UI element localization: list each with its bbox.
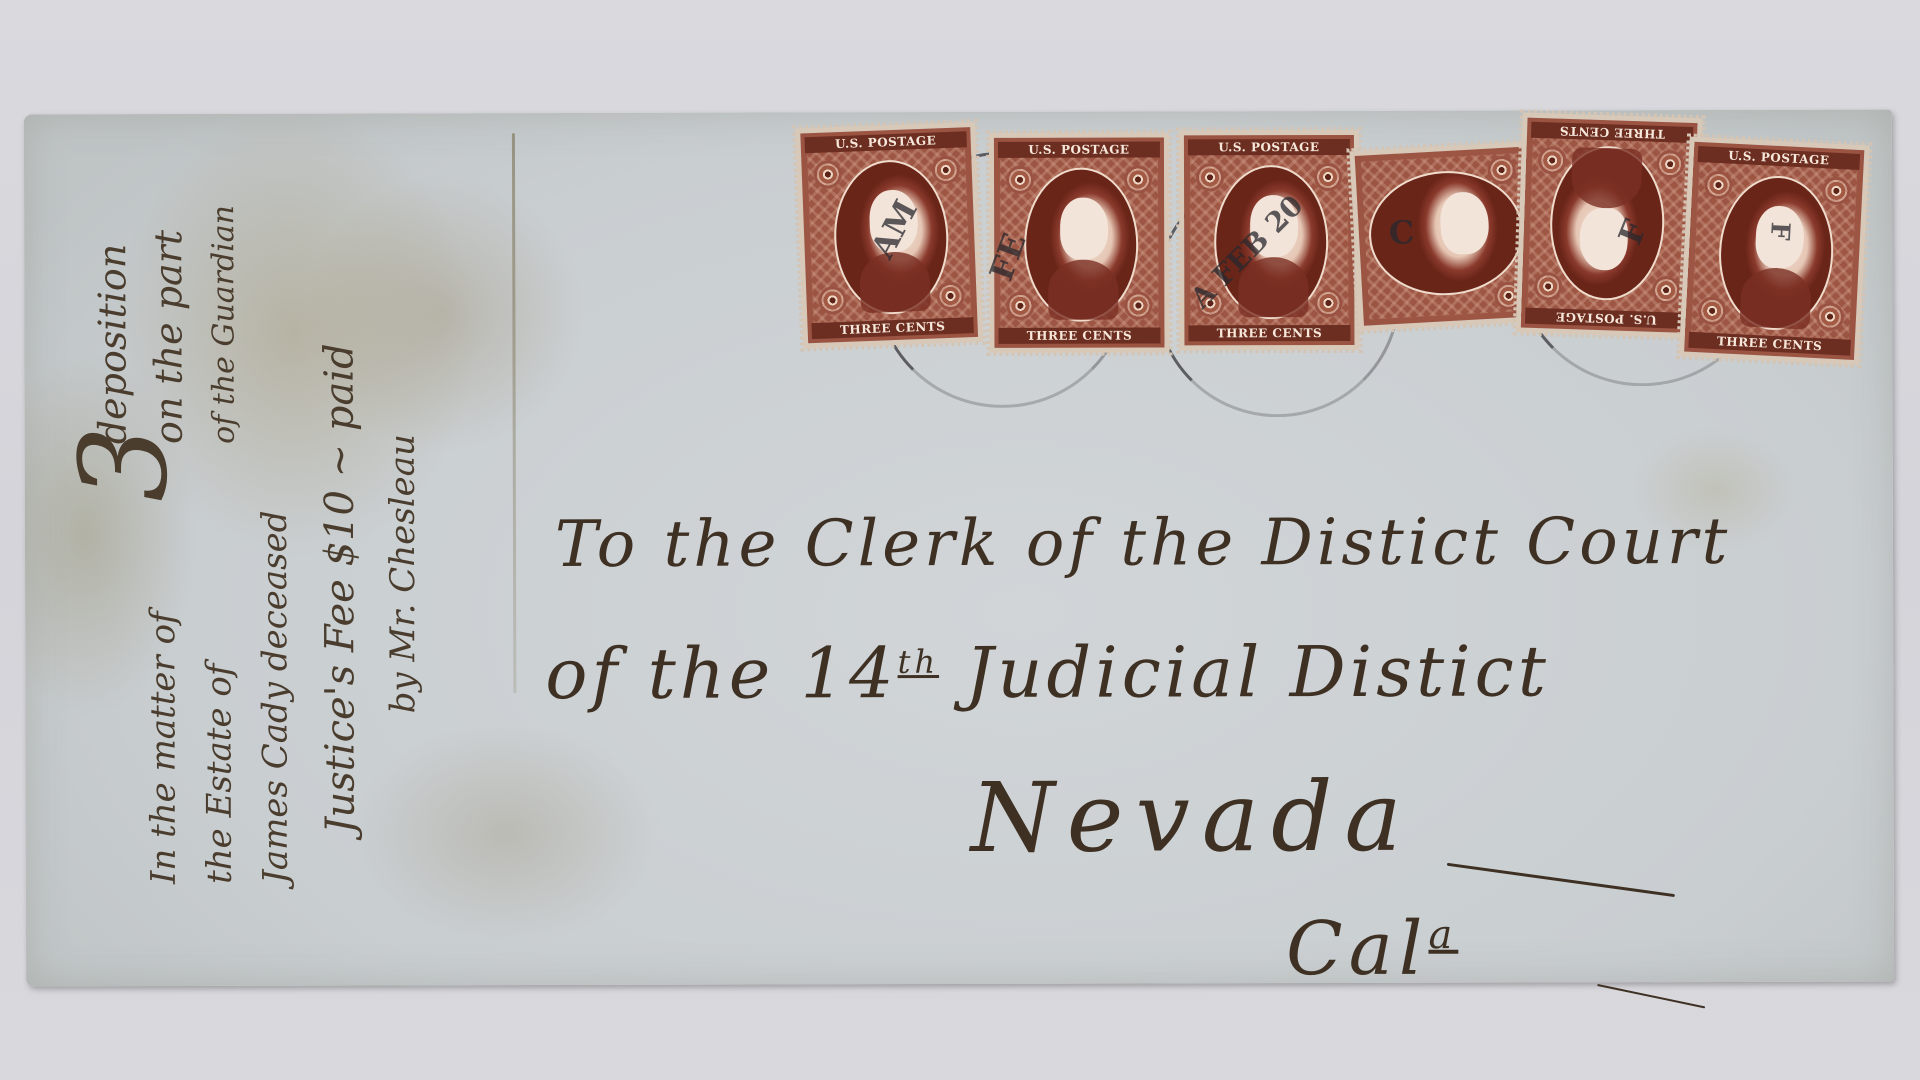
envelope: In the matter of the Estate of James Cad… — [24, 110, 1894, 987]
stamp-6: U.S. POSTAGE THREE CENTS F — [1684, 142, 1864, 360]
address-line-4: Cala — [1286, 906, 1458, 992]
side-note-signature: by Mr. Chesleau — [374, 343, 431, 833]
address-line-1: To the Clerk of the Distict Court — [555, 505, 1731, 582]
stamp-bottom-label: THREE CENTS — [1188, 325, 1350, 341]
side-notation-brace-text: deposition on the part of the Guardian — [84, 205, 253, 444]
side-note-bracket-1: deposition — [84, 205, 141, 444]
fold-crease — [512, 133, 516, 693]
cancel-mark: C — [1388, 213, 1416, 252]
stamp-bottom-label: THREE CENTS — [998, 327, 1160, 343]
stamp-2: U.S. POSTAGE THREE CENTS FE — [994, 137, 1165, 347]
flourish — [1447, 863, 1675, 897]
side-note-line-3: James Cady deceased — [247, 510, 304, 883]
side-notation: In the matter of the Estate of James Cad… — [135, 510, 304, 884]
address-line-3: Nevada — [971, 761, 1414, 874]
side-notation-fee: Justice's Fee $10 ~ paid by Mr. Chesleau — [304, 343, 431, 834]
side-note-fee: Justice's Fee $10 ~ paid — [304, 343, 375, 833]
side-note-line-2: the Estate of — [191, 511, 248, 884]
address-line-2: of the 14th Judicial Distict — [545, 630, 1550, 715]
stamp-5: U.S. POSTAGE THREE CENTS F — [1521, 118, 1698, 333]
cancel-mark: F — [1764, 221, 1795, 241]
side-note-brace-number: 3 — [55, 425, 194, 502]
stamp-1: U.S. POSTAGE THREE CENTS AM — [800, 127, 978, 343]
stamp-top-label: U.S. POSTAGE — [998, 141, 1160, 157]
side-note-bracket-2: on the part — [140, 205, 197, 444]
stamp-top-label: U.S. POSTAGE — [1188, 139, 1350, 155]
side-note-bracket-3: of the Guardian — [196, 205, 253, 444]
flourish — [1597, 984, 1705, 1009]
side-note-line-1: In the matter of — [135, 511, 192, 884]
stamp-3: U.S. POSTAGE THREE CENTS A FEB 20 — [1184, 135, 1355, 345]
